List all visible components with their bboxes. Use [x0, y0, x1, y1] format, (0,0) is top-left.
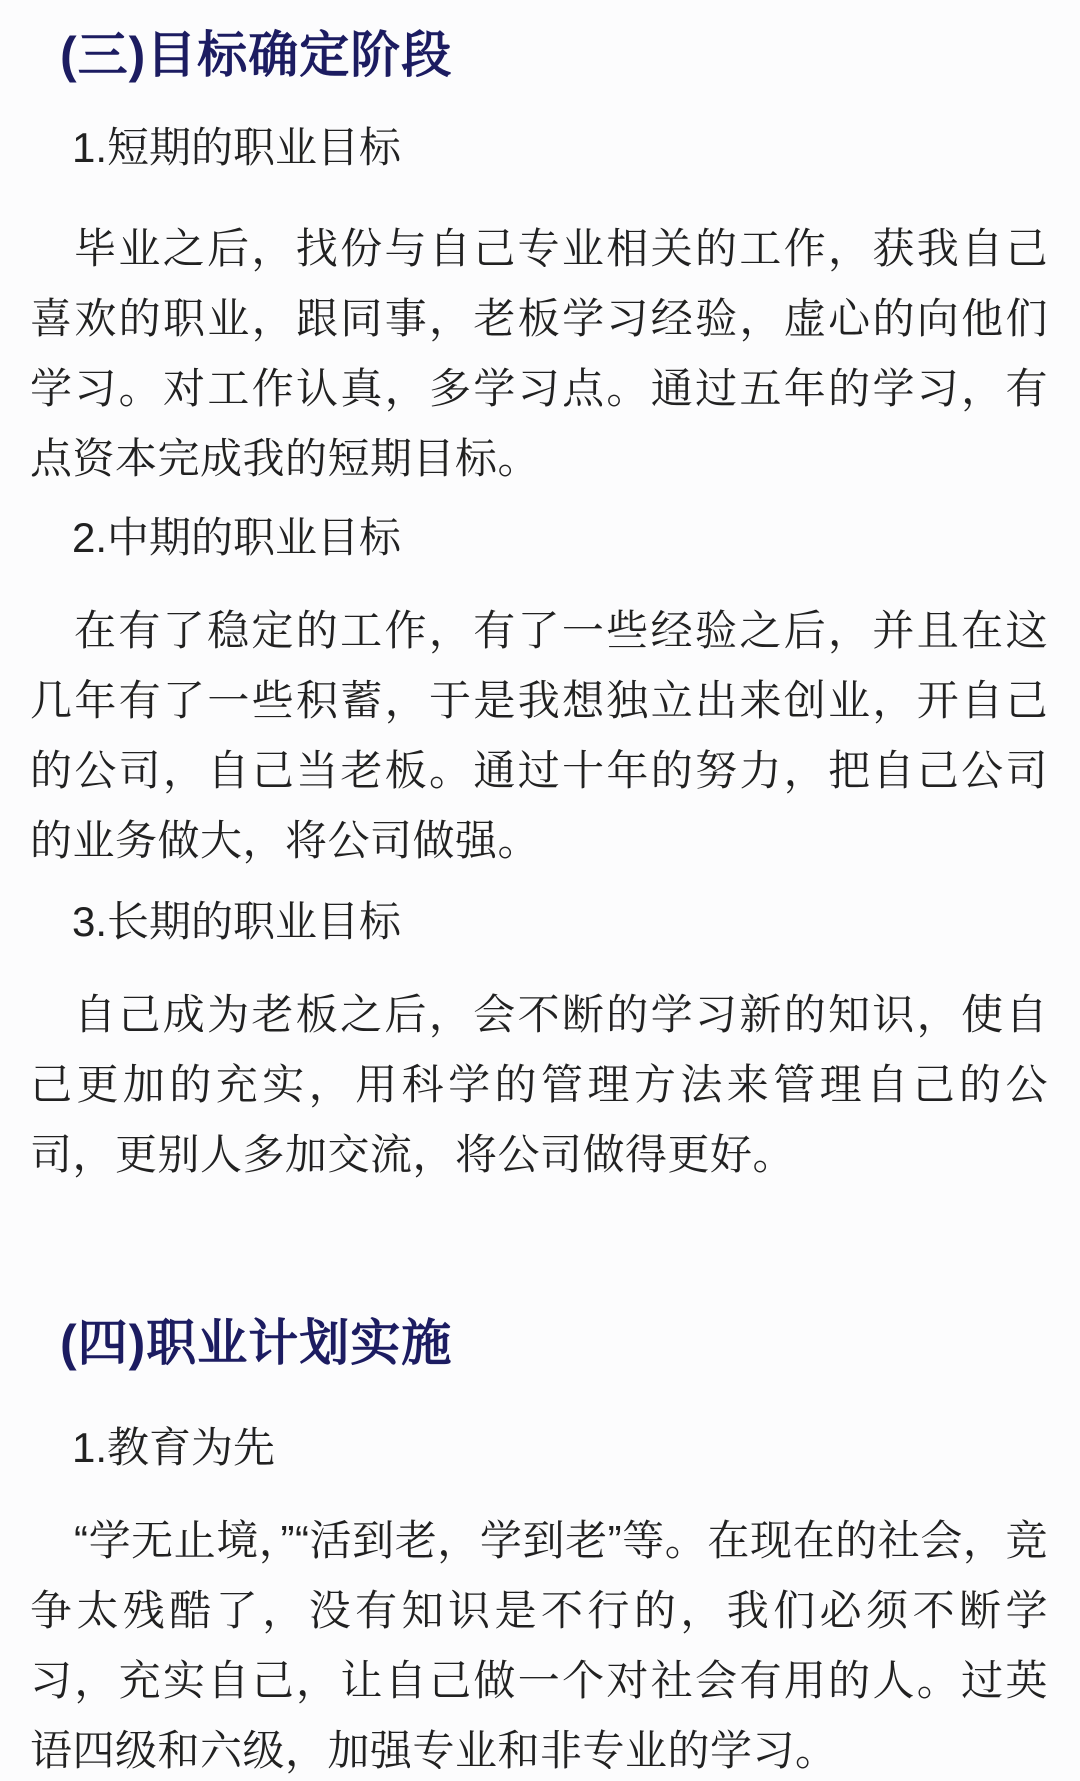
subsection-title-education-first: 1.教育为先	[72, 1418, 1048, 1478]
paragraph-mid-term: 在有了稳定的工作，有了一些经验之后，并且在这几年有了一些积蓄，于是我想独立出来创…	[30, 596, 1048, 876]
subsection-title-long-term: 3.长期的职业目标	[72, 892, 1048, 952]
subsection-title-mid-term: 2.中期的职业目标	[72, 508, 1048, 568]
subsection-title-short-term: 1.短期的职业目标	[72, 118, 1048, 178]
paragraph-short-term: 毕业之后，找份与自己专业相关的工作，获我自己喜欢的职业，跟同事，老板学习经验，虚…	[30, 214, 1048, 494]
section-heading-4: (四)职业计划实施	[60, 1312, 1048, 1374]
paragraph-education-first: “学无止境，”“活到老，学到老”等。在现在的社会，竞争太残酷了，没有知识是不行的…	[30, 1506, 1048, 1781]
paragraph-long-term: 自己成为老板之后，会不断的学习新的知识，使自己更加的充实，用科学的管理方法来管理…	[30, 980, 1048, 1190]
section-heading-3: (三)目标确定阶段	[60, 24, 1048, 86]
document-page: (三)目标确定阶段 1.短期的职业目标 毕业之后，找份与自己专业相关的工作，获我…	[0, 24, 1080, 1781]
